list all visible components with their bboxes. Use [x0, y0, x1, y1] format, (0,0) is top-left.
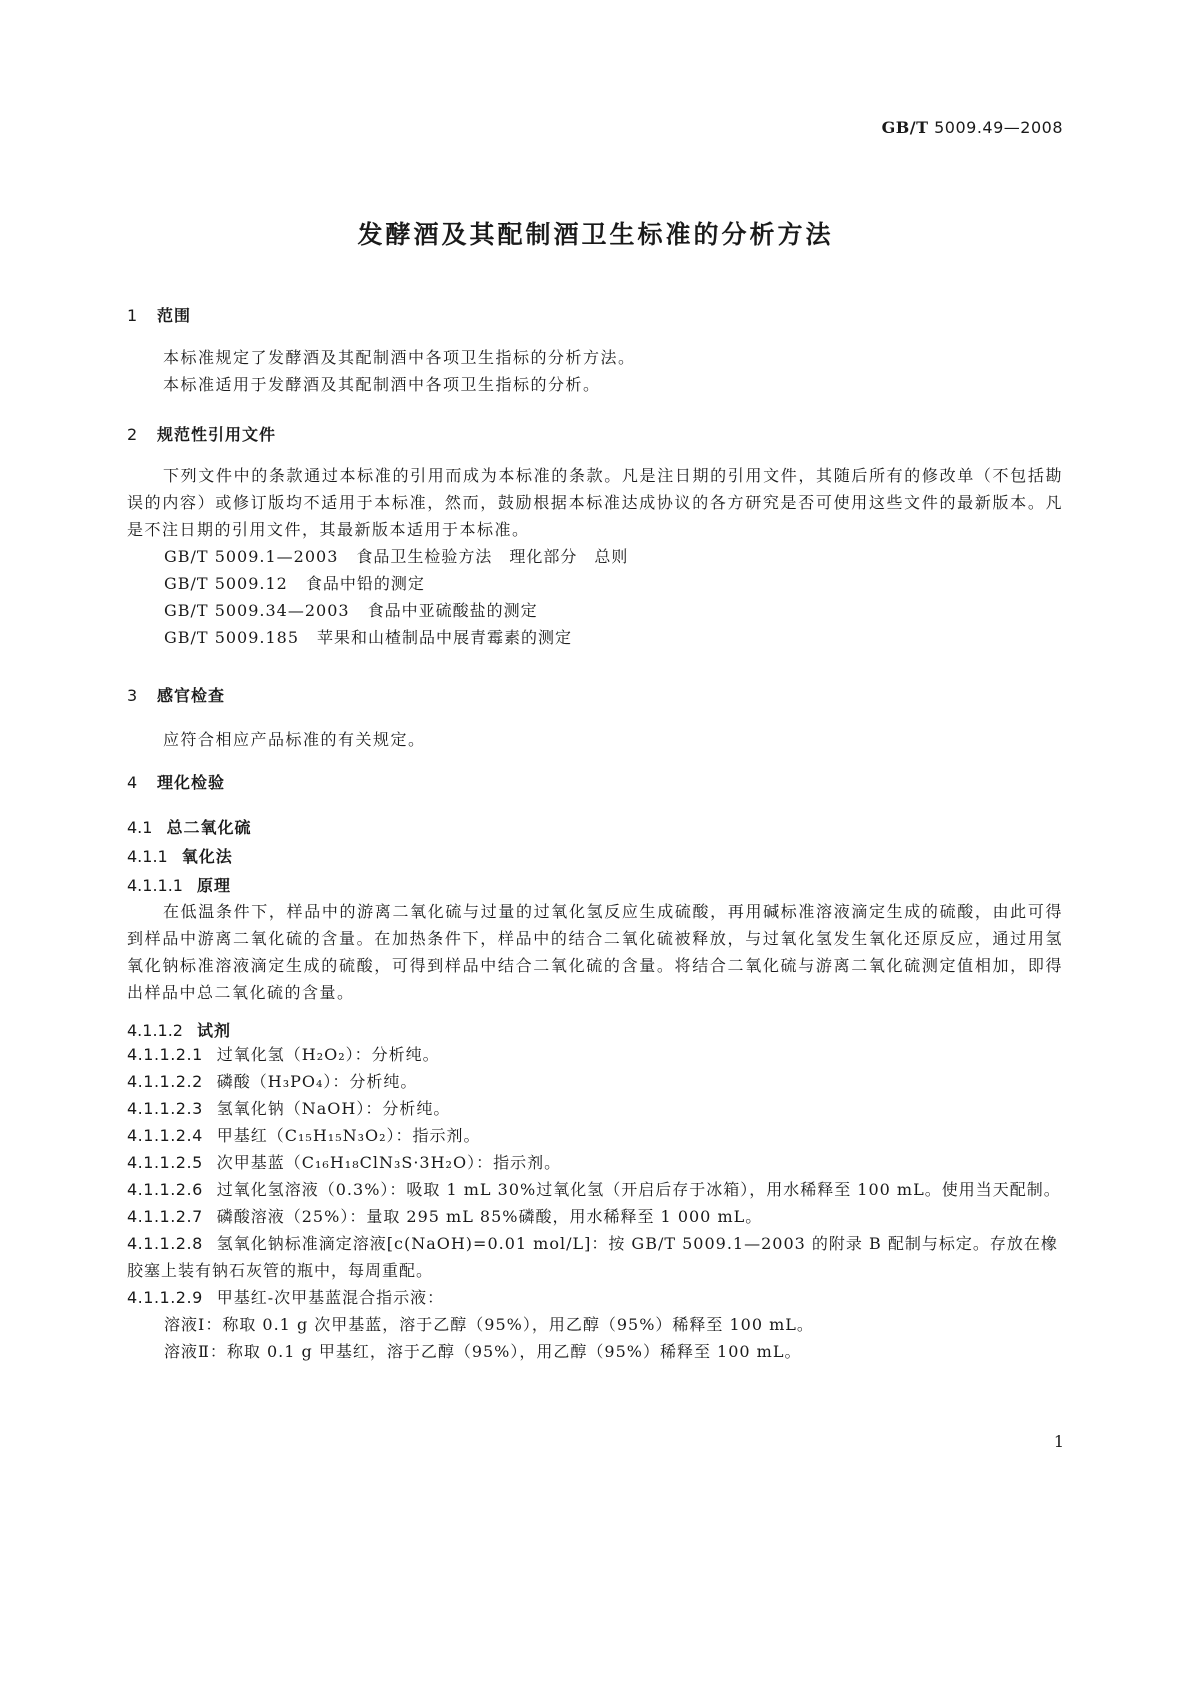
section-4: 4理化检验	[127, 770, 1063, 793]
document-page: GB/T 5009.49—2008 发酵酒及其配制酒卫生标准的分析方法 1范围 …	[0, 0, 1191, 1684]
section-heading: 2规范性引用文件	[127, 422, 1063, 445]
item-text: 氢氧化钠（NaOH）：分析纯。	[217, 1099, 451, 1118]
reference-title: 食品卫生检验方法 理化部分 总则	[356, 547, 628, 566]
reagent-item: 4.1.1.2.9甲基红-次甲基蓝混合指示液：	[127, 1284, 1063, 1311]
solution-item: 溶液Ⅰ：称取 0.1 g 次甲基蓝，溶于乙醇（95%），用乙醇（95%）稀释至 …	[127, 1311, 1063, 1338]
reference-item: GB/T 5009.1—2003食品卫生检验方法 理化部分 总则	[127, 543, 1063, 570]
item-text: 磷酸（H₃PO₄）：分析纯。	[217, 1072, 418, 1091]
reference-item: GB/T 5009.34—2003食品中亚硫酸盐的测定	[127, 597, 1063, 624]
subsection-number: 4.1	[127, 818, 152, 837]
reagent-item: 4.1.1.2.3氢氧化钠（NaOH）：分析纯。	[127, 1095, 1063, 1122]
item-text: 过氧化氢溶液（0.3%）：吸取 1 mL 30%过氧化氢（开启后存于冰箱），用水…	[217, 1180, 1061, 1199]
subsection-title: 试剂	[197, 1021, 231, 1040]
subsection-title: 总二氧化硫	[166, 818, 251, 837]
subsection-heading: 4.1.1.2试剂	[127, 1018, 1063, 1041]
section-4-1-1-2: 4.1.1.2试剂	[127, 1018, 1063, 1041]
subsection-number: 4.1.1	[127, 847, 168, 866]
document-title: 发酵酒及其配制酒卫生标准的分析方法	[0, 215, 1191, 251]
section-4-1: 4.1总二氧化硫	[127, 815, 1063, 838]
subsection-number: 4.1.1.2	[127, 1021, 183, 1040]
section-1-body: 本标准规定了发酵酒及其配制酒中各项卫生指标的分析方法。 本标准适用于发酵酒及其配…	[127, 344, 1063, 398]
item-number: 4.1.1.2.7	[127, 1207, 203, 1226]
reference-title: 食品中铅的测定	[306, 574, 425, 593]
section-title: 范围	[157, 306, 191, 325]
paragraph: 下列文件中的条款通过本标准的引用而成为本标准的条款。凡是注日期的引用文件，其随后…	[127, 462, 1063, 543]
reference-code: GB/T 5009.1—2003	[164, 547, 338, 566]
item-text: 过氧化氢（H₂O₂）：分析纯。	[217, 1045, 440, 1064]
paragraph: 应符合相应产品标准的有关规定。	[127, 726, 1063, 753]
reagent-item: 4.1.1.2.6过氧化氢溶液（0.3%）：吸取 1 mL 30%过氧化氢（开启…	[127, 1176, 1063, 1203]
page-number: 1	[1054, 1432, 1064, 1451]
section-4-1-1: 4.1.1氧化法	[127, 844, 1063, 867]
item-text: 甲基红-次甲基蓝混合指示液：	[217, 1288, 444, 1307]
item-text: 次甲基蓝（C₁₆H₁₈ClN₃S·3H₂O）：指示剂。	[217, 1153, 561, 1172]
item-text: 氢氧化钠标准滴定溶液[c(NaOH)=0.01 mol/L]：按 GB/T 50…	[127, 1234, 1058, 1280]
reference-title: 食品中亚硫酸盐的测定	[368, 601, 538, 620]
item-number: 4.1.1.2.1	[127, 1045, 203, 1064]
subsection-title: 原理	[197, 876, 231, 895]
reagent-item: 4.1.1.2.8氢氧化钠标准滴定溶液[c(NaOH)=0.01 mol/L]：…	[127, 1230, 1063, 1284]
subsection-title: 氧化法	[182, 847, 233, 866]
section-title: 规范性引用文件	[157, 425, 276, 444]
reference-code: GB/T 5009.34—2003	[164, 601, 350, 620]
paragraph: 本标准适用于发酵酒及其配制酒中各项卫生指标的分析。	[127, 371, 1063, 398]
item-number: 4.1.1.2.2	[127, 1072, 203, 1091]
standard-number: 5009.49—2008	[934, 118, 1063, 137]
reference-code: GB/T 5009.12	[164, 574, 288, 593]
solution-item: 溶液Ⅱ：称取 0.1 g 甲基红，溶于乙醇（95%），用乙醇（95%）稀释至 1…	[127, 1338, 1063, 1365]
subsection-heading: 4.1总二氧化硫	[127, 815, 1063, 838]
standard-code: GB/T 5009.49—2008	[882, 118, 1063, 137]
item-number: 4.1.1.2.3	[127, 1099, 203, 1118]
item-number: 4.1.1.2.8	[127, 1234, 203, 1253]
reagent-item: 4.1.1.2.1过氧化氢（H₂O₂）：分析纯。	[127, 1041, 1063, 1068]
item-number: 4.1.1.2.5	[127, 1153, 203, 1172]
principle-body: 在低温条件下，样品中的游离二氧化硫与过量的过氧化氢反应生成硫酸，再用碱标准溶液滴…	[127, 898, 1063, 1006]
section-number: 3	[127, 686, 157, 705]
section-3-body: 应符合相应产品标准的有关规定。	[127, 726, 1063, 753]
reagent-item: 4.1.1.2.4甲基红（C₁₅H₁₅N₃O₂）：指示剂。	[127, 1122, 1063, 1149]
section-3: 3感官检查	[127, 683, 1063, 706]
item-text: 甲基红（C₁₅H₁₅N₃O₂）：指示剂。	[217, 1126, 481, 1145]
item-text: 磷酸溶液（25%）：量取 295 mL 85%磷酸，用水稀释至 1 000 mL…	[217, 1207, 763, 1226]
section-heading: 3感官检查	[127, 683, 1063, 706]
section-heading: 4理化检验	[127, 770, 1063, 793]
section-number: 2	[127, 425, 157, 444]
item-number: 4.1.1.2.4	[127, 1126, 203, 1145]
subsection-number: 4.1.1.1	[127, 876, 183, 895]
subsection-heading: 4.1.1氧化法	[127, 844, 1063, 867]
subsection-heading: 4.1.1.1原理	[127, 873, 1063, 896]
paragraph: 在低温条件下，样品中的游离二氧化硫与过量的过氧化氢反应生成硫酸，再用碱标准溶液滴…	[127, 898, 1063, 1006]
section-title: 理化检验	[157, 773, 225, 792]
section-title: 感官检查	[157, 686, 225, 705]
reagent-item: 4.1.1.2.5次甲基蓝（C₁₆H₁₈ClN₃S·3H₂O）：指示剂。	[127, 1149, 1063, 1176]
item-number: 4.1.1.2.6	[127, 1180, 203, 1199]
item-number: 4.1.1.2.9	[127, 1288, 203, 1307]
section-2: 2规范性引用文件	[127, 422, 1063, 445]
reference-item: GB/T 5009.185苹果和山楂制品中展青霉素的测定	[127, 624, 1063, 651]
reagent-list: 4.1.1.2.1过氧化氢（H₂O₂）：分析纯。 4.1.1.2.2磷酸（H₃P…	[127, 1041, 1063, 1365]
section-number: 4	[127, 773, 157, 792]
reagent-item: 4.1.1.2.7磷酸溶液（25%）：量取 295 mL 85%磷酸，用水稀释至…	[127, 1203, 1063, 1230]
section-number: 1	[127, 306, 157, 325]
reference-code: GB/T 5009.185	[164, 628, 299, 647]
section-2-body: 下列文件中的条款通过本标准的引用而成为本标准的条款。凡是注日期的引用文件，其随后…	[127, 462, 1063, 651]
section-1: 1范围	[127, 303, 1063, 326]
reagent-item: 4.1.1.2.2磷酸（H₃PO₄）：分析纯。	[127, 1068, 1063, 1095]
section-heading: 1范围	[127, 303, 1063, 326]
reference-title: 苹果和山楂制品中展青霉素的测定	[317, 628, 572, 647]
paragraph: 本标准规定了发酵酒及其配制酒中各项卫生指标的分析方法。	[127, 344, 1063, 371]
reference-item: GB/T 5009.12食品中铅的测定	[127, 570, 1063, 597]
standard-prefix: GB/T	[882, 118, 929, 137]
section-4-1-1-1: 4.1.1.1原理	[127, 873, 1063, 896]
